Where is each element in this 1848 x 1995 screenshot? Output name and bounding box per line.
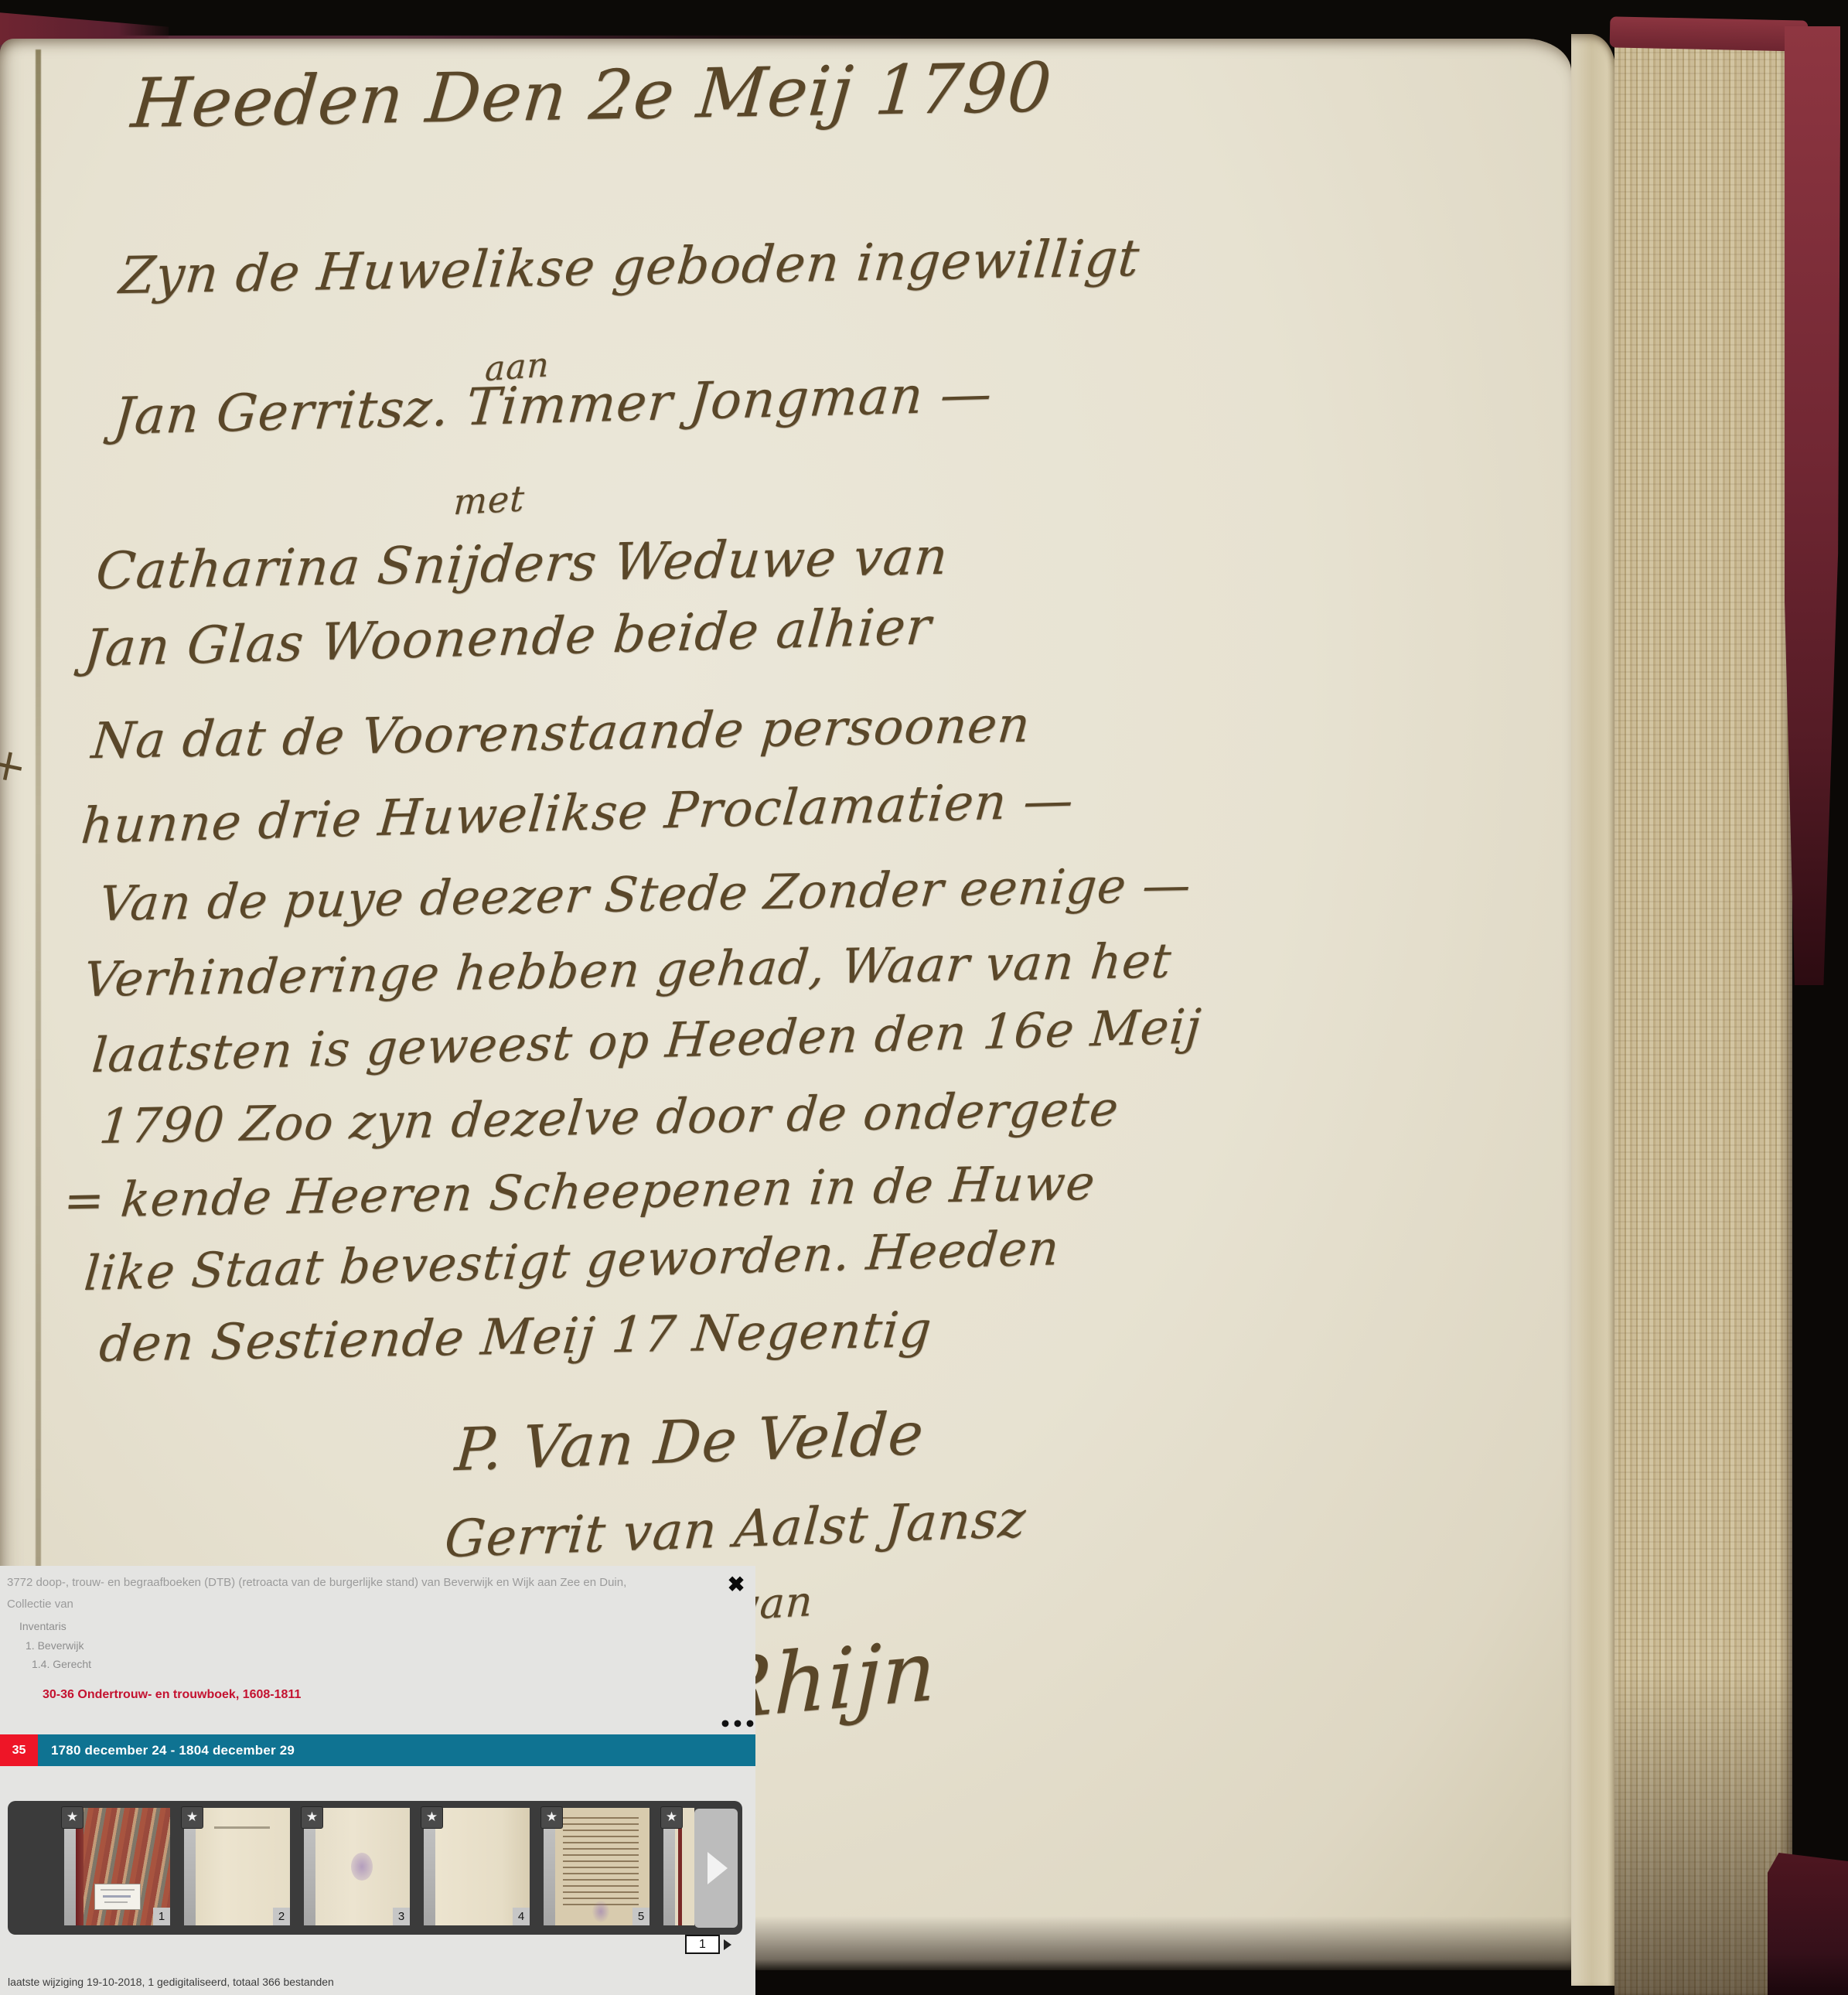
page-stack-fore-edge [1614, 26, 1792, 1995]
breadcrumb-beverwijk[interactable]: 1. Beverwijk [26, 1639, 84, 1652]
page-number-input[interactable]: 1 [685, 1935, 720, 1954]
breadcrumb-inventaris: Inventaris [19, 1620, 66, 1632]
favorite-star-icon[interactable]: ★ [61, 1806, 84, 1829]
book-cover-bottom-right [1768, 1853, 1848, 1995]
close-icon[interactable]: ✖ [724, 1572, 748, 1597]
footer-status-text: laatste wijziging 19-10-2018, 1 gedigita… [8, 1976, 334, 1988]
book-cover-right [1785, 26, 1840, 985]
margin-ink-mark: + [0, 735, 32, 795]
metadata-section: 3772 doop-, trouw- en begraafboeken (DTB… [0, 1566, 755, 1734]
archive-viewer: + Heeden Den 2e Meij 1790Zyn de Huweliks… [0, 0, 1848, 1995]
filmstrip: ★1★2★3★4★5★ [8, 1801, 742, 1935]
favorite-star-icon[interactable]: ★ [181, 1806, 203, 1829]
pager-next-icon[interactable] [724, 1939, 731, 1950]
archive-title: 3772 doop-, trouw- en begraafboeken (DTB… [7, 1574, 695, 1591]
stack-shadow [1614, 1670, 1792, 1995]
filmstrip-next-button[interactable] [694, 1809, 738, 1928]
favorite-star-icon[interactable]: ★ [301, 1806, 323, 1829]
thumbnail-number: 2 [273, 1908, 290, 1925]
metadata-overlay-panel: 3772 doop-, trouw- en begraafboeken (DTB… [0, 1566, 755, 1995]
breadcrumb-gerecht[interactable]: 1.4. Gerecht [32, 1658, 91, 1670]
favorite-star-icon[interactable]: ★ [660, 1806, 683, 1829]
volume-number-badge: 35 [0, 1734, 38, 1766]
more-options-icon[interactable]: ••• [719, 1713, 756, 1735]
thumbnail-number: 4 [513, 1908, 530, 1925]
inventory-item-link[interactable]: 30-36 Ondertrouw- en trouwboek, 1608-181… [43, 1688, 301, 1702]
volume-date-range: 1780 december 24 - 1804 december 29 [51, 1743, 295, 1758]
book-cover-top-right [1610, 16, 1809, 51]
archive-subtitle: Collectie van [7, 1598, 73, 1611]
next-arrow-icon [707, 1852, 728, 1884]
thumbnail-number: 3 [393, 1908, 410, 1925]
thumbnail-number: 1 [153, 1908, 170, 1925]
favorite-star-icon[interactable]: ★ [421, 1806, 443, 1829]
favorite-star-icon[interactable]: ★ [540, 1806, 563, 1829]
thumbnail-number: 5 [632, 1908, 650, 1925]
selected-volume-bar[interactable]: 35 1780 december 24 - 1804 december 29 [0, 1734, 755, 1766]
underlying-page-edge [1571, 34, 1616, 1986]
